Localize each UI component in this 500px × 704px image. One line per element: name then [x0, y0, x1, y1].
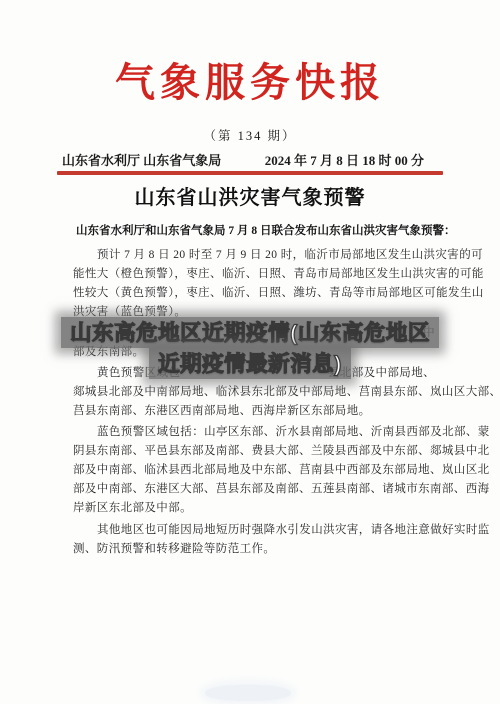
body-line: 莒县东南部、东港区西南部局地、西海岸新区东部局地。 — [73, 402, 435, 421]
body-line: 测、防汛预警和转移避险等防范工作。 — [73, 540, 435, 559]
body-line-fragment: 县北部及中部局地、 — [328, 364, 435, 383]
issue-number: （第 134 期） — [0, 129, 500, 144]
body-line: 能性大（橙色预警），枣庄、临沂、日照、青岛市局部地区发生山洪灾害的可能 — [73, 265, 435, 284]
body-line: 洪灾害（蓝色预警）。 — [73, 303, 435, 322]
bulletin-heading: 山东省山洪灾害气象预警 — [0, 186, 500, 210]
body-line: 部及东南部。 — [73, 343, 435, 362]
body-line-partially-hidden: 黄色预警区域包 县北部及中部局地、 — [73, 364, 435, 383]
masthead-title: 气象服务快报 — [0, 58, 500, 108]
body-line: 性较大（黄色预警），枣庄、临沂、日照、潍坊、青岛等市局部地区可能发生山 — [73, 284, 435, 303]
masthead-rule — [57, 171, 443, 175]
body-line: 预计 7 月 8 日 20 时至 7 月 9 日 20 时，临沂市局部地区发生山… — [73, 246, 435, 265]
issue-datetime: 2024 年 7 月 8 日 18 时 00 分 — [265, 153, 424, 169]
lead-paragraph: 山东省水利厅和山东省气象局 7 月 8 日联合发布山东省山洪灾害气象预警： — [76, 224, 456, 238]
publisher-row: 山东省水利厅 山东省气象局 2024 年 7 月 8 日 18 时 00 分 — [62, 153, 424, 169]
body-line: 部及中南部、东港区大部、莒县东部及南部、五莲县南部、诸城市东南部、西海 — [73, 480, 435, 499]
body-line-fragment: 黄色预警区域包 — [73, 364, 180, 383]
body-line: 郯城县北部及中南部局地、临沭县东北部及中部局地、莒南县东部、岚山区大部、 — [73, 383, 435, 402]
body-line: 部及中南部、临沭县西北部局地及中东部、莒南县中西部及东部局地、岚山区北 — [73, 461, 435, 480]
bulletin-body: 预计 7 月 8 日 20 时至 7 月 9 日 20 时，临沂市局部地区发生山… — [73, 246, 435, 561]
forecast-paragraph: 预计 7 月 8 日 20 时至 7 月 9 日 20 时，临沂市局部地区发生山… — [73, 246, 435, 322]
body-line: 阴县东南部、平邑县东部及南部、费县大部、兰陵县西部及中东部、郯城县中北 — [73, 442, 435, 461]
advice-paragraph: 其他地区也可能因局地短历时强降水引发山洪灾害，请各地注意做好实时监 测、防汛预警… — [73, 521, 435, 559]
body-line: 岸新区东北部及中部。 — [73, 499, 435, 518]
body-line-partially-hidden: 中 — [73, 324, 435, 343]
body-line: 蓝色预警区域包括：山亭区东部、沂水县南部局地、沂南县西部及北部、蒙 — [73, 423, 435, 442]
orange-zone-paragraph: 中 部及东南部。 — [73, 324, 435, 362]
bulletin-page: 气象服务快报 （第 134 期） 山东省水利厅 山东省气象局 2024 年 7 … — [0, 0, 500, 704]
publisher-name: 山东省水利厅 山东省气象局 — [62, 153, 221, 169]
watermark-smudge — [205, 685, 291, 701]
yellow-zone-paragraph: 黄色预警区域包 县北部及中部局地、 郯城县北部及中南部局地、临沭县东北部及中部局… — [73, 364, 435, 421]
blue-zone-paragraph: 蓝色预警区域包括：山亭区东部、沂水县南部局地、沂南县西部及北部、蒙 阴县东南部、… — [73, 423, 435, 518]
body-line: 其他地区也可能因局地短历时强降水引发山洪灾害，请各地注意做好实时监 — [73, 521, 435, 540]
